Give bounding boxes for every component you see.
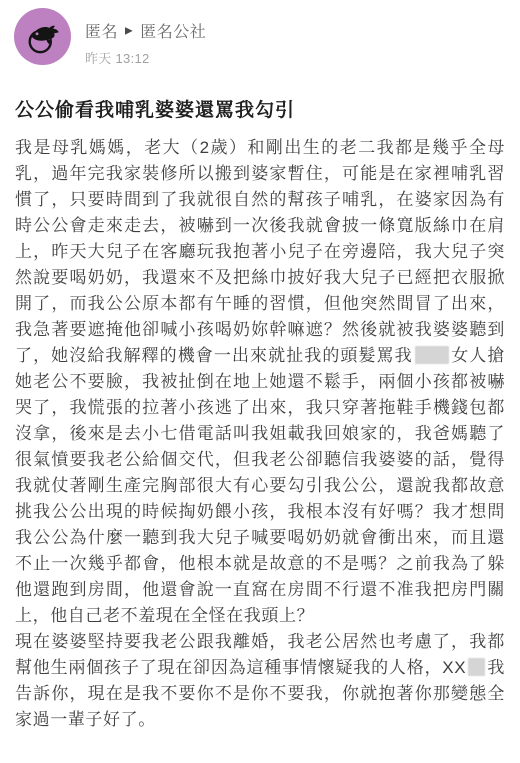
post-title: 公公偷看我哺乳婆婆還罵我勾引 [0, 95, 520, 122]
post-body: 我是母乳媽媽，老大（2歲）和剛出生的老二我都是幾乎全母乳，過年完我家裝修所以搬到… [0, 135, 520, 763]
chevron-right-icon: ▶ [125, 26, 133, 37]
author-name[interactable]: 匿名 [85, 19, 118, 42]
post-paragraph: 現在婆婆堅持要我老公跟我離婚，我老公居然也考慮了，我都幫他生兩個孩子了現在卻因為… [15, 629, 505, 733]
censored-text [468, 658, 485, 676]
anonymous-avatar[interactable] [14, 8, 71, 65]
header-info: 匿名 ▶ 匿名公社 昨天 13:12 [85, 8, 206, 67]
post-paragraph: 我是母乳媽媽，老大（2歲）和剛出生的老二我都是幾乎全母乳，過年完我家裝修所以搬到… [15, 135, 505, 629]
censored-text [415, 346, 449, 364]
author-line[interactable]: 匿名 ▶ 匿名公社 [85, 19, 206, 42]
post-page: 匿名 ▶ 匿名公社 昨天 13:12 公公偷看我哺乳婆婆還罵我勾引 我是母乳媽媽… [0, 0, 520, 763]
post-timestamp: 昨天 13:12 [85, 48, 206, 67]
post-header: 匿名 ▶ 匿名公社 昨天 13:12 [0, 0, 520, 67]
board-name[interactable]: 匿名公社 [140, 19, 206, 42]
anonymous-animal-icon [21, 15, 65, 59]
